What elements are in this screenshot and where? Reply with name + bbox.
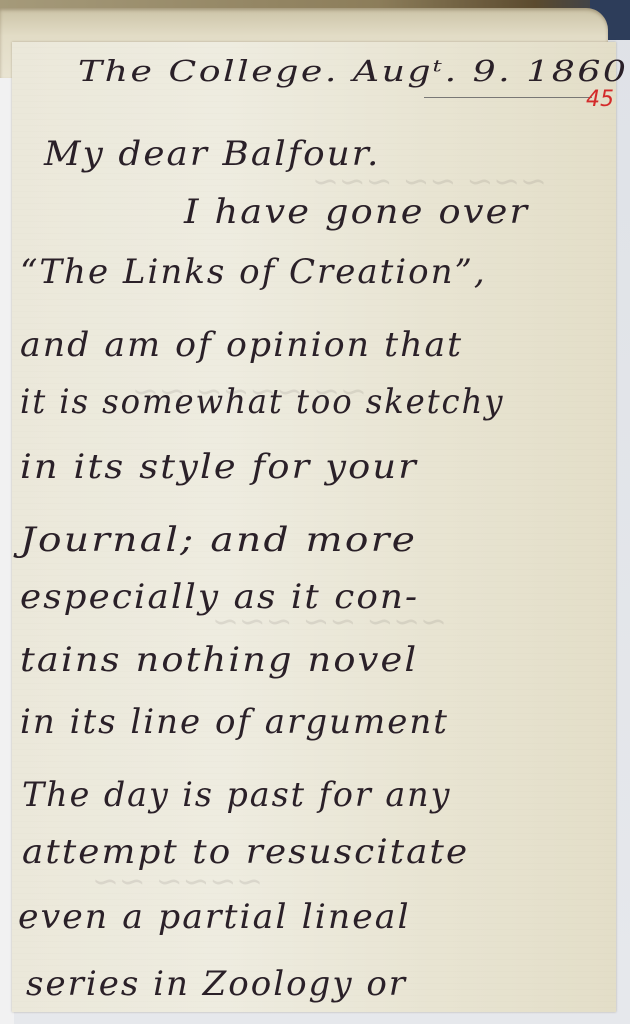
body-line: and am of opinion that: [20, 325, 463, 365]
letter-sheet: ~~~ ~~ ~~~ ~~ ~~~~ ~~ ~~~ ~~ ~~~ ~~~~ ~~…: [12, 42, 616, 1012]
photo-scene: ~~~ ~~ ~~~ ~~ ~~~~ ~~ ~~~ ~~ ~~~ ~~~~ ~~…: [0, 0, 630, 1024]
body-line: attempt to resuscitate: [22, 832, 469, 872]
body-line: “The Links of Creation”,: [20, 252, 487, 292]
body-line: series in Zoology or: [26, 964, 407, 1004]
body-line: Journal; and more: [20, 520, 417, 560]
place-date-header: The College. Augᵗ. 9. 1860: [78, 54, 628, 88]
folio-number: 45: [586, 87, 614, 112]
body-line: it is somewhat too sketchy: [20, 382, 504, 422]
body-line: even a partial lineal: [18, 897, 411, 937]
body-line: in its style for your: [20, 447, 418, 487]
body-line: especially as it con-: [20, 577, 419, 617]
salutation: My dear Balfour.: [44, 134, 380, 174]
body-line: in its line of argument: [20, 702, 449, 742]
body-line: The day is past for any: [22, 775, 451, 815]
date-underline: [424, 97, 592, 98]
body-line: I have gone over: [184, 192, 529, 232]
body-line: tains nothing novel: [20, 640, 418, 680]
